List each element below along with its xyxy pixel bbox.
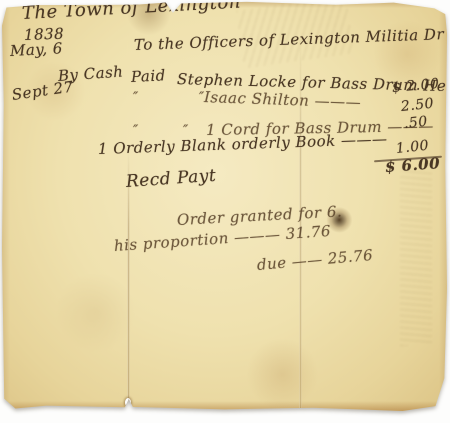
received-note: Recd Payt: [125, 168, 216, 191]
entry-desc-2: Isaac Shilton ———: [204, 90, 362, 110]
entry-action: Paid: [131, 68, 167, 85]
total-amount: $ 6.00: [384, 156, 440, 175]
doc-title: The Town of Lexington: [22, 0, 242, 23]
ditto-mark: ″: [133, 91, 139, 105]
worm-hole: [125, 398, 131, 407]
bleedthrough-marks-right: [400, 171, 432, 346]
document-paper: The Town of Lexington 1838 To the Office…: [2, 1, 447, 411]
entry-amount-3: .50: [403, 115, 428, 131]
entry-amount-4: 1.00: [395, 139, 429, 156]
entry-amount-1: $ 2.00: [391, 77, 440, 95]
entry-date-may6: May, 6: [10, 41, 64, 59]
ditto-mark: ″: [133, 124, 139, 138]
scan-area: The Town of Lexington 1838 To the Office…: [0, 0, 450, 423]
entry-desc-4: 1 Orderly Blank orderly Book ———: [98, 132, 388, 157]
entry-date-sept27: Sept 27: [11, 79, 75, 103]
due-note: due —— 25.76: [256, 248, 373, 273]
entry-amount-2: 2.50: [400, 97, 434, 114]
